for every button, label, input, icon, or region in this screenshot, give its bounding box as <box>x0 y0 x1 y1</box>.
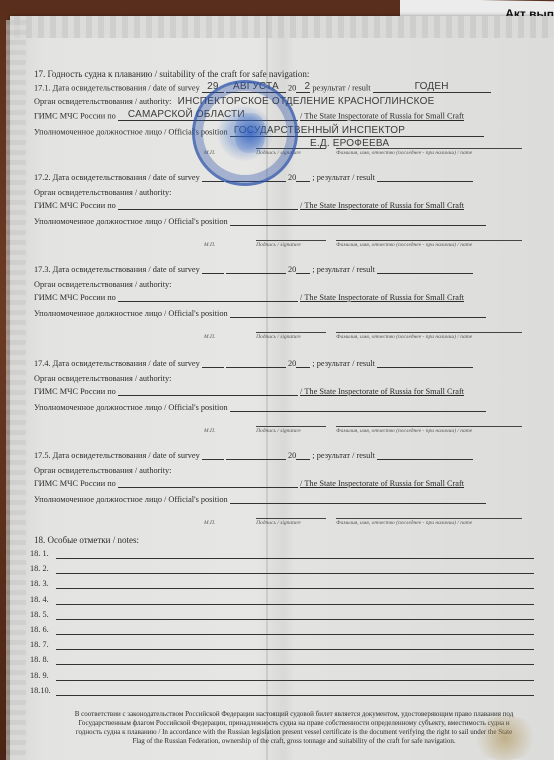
signature-row: М.П. Подпись / signature Фамилия, имя, о… <box>204 518 522 527</box>
note-line-field[interactable] <box>56 558 534 559</box>
note-line-field[interactable] <box>56 604 534 605</box>
note-number: 18. 8. <box>30 656 49 664</box>
official-seal-stamp <box>192 80 298 186</box>
result-label: ; результат / result <box>312 173 375 182</box>
gims-row: ГИМС МЧС России по / The State Inspector… <box>34 202 464 210</box>
gims-label: ГИМС МЧС России по <box>34 293 116 302</box>
signature-field[interactable]: Подпись / signature <box>256 240 326 249</box>
gims-row: ГИМС МЧС России по / The State Inspector… <box>34 388 464 396</box>
result-label: ; результат / result <box>312 451 375 460</box>
official-position-field[interactable] <box>230 503 486 504</box>
authority-row: Орган освидетельствования / authority: <box>34 281 172 289</box>
gims-label: ГИМС МЧС России по <box>34 112 116 121</box>
authority-row: Орган освидетельствования / authority: <box>34 467 172 475</box>
survey-month-field[interactable] <box>226 367 286 368</box>
survey-year-prefix: 20 <box>288 359 296 368</box>
seal-place-label: М.П. <box>204 243 254 249</box>
paper-stain <box>470 716 540 760</box>
gims-english-label: / The State Inspectorate of Russia for S… <box>300 201 464 210</box>
signature-field[interactable]: Подпись / signature <box>256 426 326 435</box>
survey-date-label: 17.3. Дата освидетельствования / date of… <box>34 265 200 274</box>
survey-year-field[interactable]: 2 <box>296 82 310 93</box>
survey-day-field[interactable] <box>202 181 224 182</box>
note-number: 18.10. <box>30 687 51 695</box>
note-line-field[interactable] <box>56 649 534 650</box>
note-number: 18. 1. <box>30 550 49 558</box>
note-line-field[interactable] <box>56 619 534 620</box>
result-field[interactable] <box>377 273 473 274</box>
gims-english-label: / The State Inspectorate of Russia for S… <box>300 112 464 121</box>
result-label: ; результат / result <box>312 265 375 274</box>
result-field[interactable] <box>377 459 473 460</box>
note-line-field[interactable] <box>56 634 534 635</box>
official-name-field[interactable]: Фамилия, имя, отчество (последнее - при … <box>336 148 522 157</box>
gims-label: ГИМС МЧС России по <box>34 201 116 210</box>
official-position-label: Уполномоченное должностное лицо / Offici… <box>34 217 228 226</box>
survey-year-field[interactable] <box>296 367 310 368</box>
seal-place-label: М.П. <box>204 521 254 527</box>
section-18-heading: 18. Особые отметки / notes: <box>34 536 139 545</box>
result-label: ; результат / result <box>312 359 375 368</box>
official-position-field[interactable] <box>230 225 486 226</box>
decorative-side-border <box>6 20 26 760</box>
decorative-border <box>14 16 554 38</box>
official-name-field[interactable]: Фамилия, имя, отчество (последнее - при … <box>336 332 522 341</box>
survey-year-field[interactable] <box>296 273 310 274</box>
authority-label: Орган освидетельствования / authority: <box>34 466 172 475</box>
signature-field[interactable]: Подпись / signature <box>256 518 326 527</box>
seal-emblem-icon <box>235 113 265 153</box>
survey-year-prefix: 20 <box>288 84 296 93</box>
survey-day-field[interactable] <box>202 273 224 274</box>
signature-row: М.П. Подпись / signature Фамилия, имя, о… <box>204 240 522 249</box>
gims-region-field[interactable] <box>118 395 298 396</box>
note-number: 18. 3. <box>30 580 49 588</box>
gims-region-field[interactable] <box>118 487 298 488</box>
survey-month-field[interactable] <box>226 459 286 460</box>
survey-date-label: 17.5. Дата освидетельствования / date of… <box>34 451 200 460</box>
survey-date-label: 17.1. Дата освидетельствования / date of… <box>34 84 200 93</box>
survey-day-field[interactable] <box>202 367 224 368</box>
official-name-field[interactable]: Фамилия, имя, отчество (последнее - при … <box>336 518 522 527</box>
note-line-field[interactable] <box>56 664 534 665</box>
survey-date-row: 17.3. Дата освидетельствования / date of… <box>34 266 473 274</box>
authority-label: Орган освидетельствования / authority: <box>34 280 172 289</box>
section-17-heading: 17. Годность судна к плаванию / suitabil… <box>34 70 309 79</box>
note-line-field[interactable] <box>56 695 534 696</box>
footer-line-1: В соответствии с законодательством Росси… <box>34 710 554 719</box>
survey-date-label: 17.4. Дата освидетельствования / date of… <box>34 359 200 368</box>
signature-field[interactable]: Подпись / signature <box>256 332 326 341</box>
gims-english-label: / The State Inspectorate of Russia for S… <box>300 387 464 396</box>
signature-row: М.П. Подпись / signature Фамилия, имя, о… <box>204 332 522 341</box>
gims-row: ГИМС МЧС России по / The State Inspector… <box>34 294 464 302</box>
result-field[interactable]: ГОДЕН <box>373 82 491 93</box>
gims-label: ГИМС МЧС России по <box>34 387 116 396</box>
seal-place-label: М.П. <box>204 335 254 341</box>
survey-date-row: 17.4. Дата освидетельствования / date of… <box>34 360 473 368</box>
authority-label: Орган освидетельствования / authority: <box>34 374 172 383</box>
survey-year-prefix: 20 <box>288 451 296 460</box>
result-field[interactable] <box>377 367 473 368</box>
official-position-field[interactable] <box>230 411 486 412</box>
survey-year-prefix: 20 <box>288 173 296 182</box>
note-number: 18. 2. <box>30 565 49 573</box>
official-position-field[interactable] <box>230 317 486 318</box>
authority-label: Орган освидетельствования / authority: <box>34 97 172 106</box>
survey-date-row: 17.5. Дата освидетельствования / date of… <box>34 452 473 460</box>
official-name-field[interactable]: Фамилия, имя, отчество (последнее - при … <box>336 240 522 249</box>
gims-english-label: / The State Inspectorate of Russia for S… <box>300 293 464 302</box>
survey-day-field[interactable] <box>202 459 224 460</box>
seal-place-label: М.П. <box>204 429 254 435</box>
note-number: 18. 9. <box>30 672 49 680</box>
gims-label: ГИМС МЧС России по <box>34 479 116 488</box>
note-line-field[interactable] <box>56 680 534 681</box>
note-number: 18. 6. <box>30 626 49 634</box>
result-label: результат / result <box>312 84 370 93</box>
note-number: 18. 4. <box>30 596 49 604</box>
survey-year-field[interactable] <box>296 459 310 460</box>
official-row: Уполномоченное должностное лицо / Offici… <box>34 218 486 226</box>
note-line-field[interactable] <box>56 588 534 589</box>
note-number: 18. 7. <box>30 641 49 649</box>
survey-date-label: 17.2. Дата освидетельствования / date of… <box>34 173 200 182</box>
official-row: Уполномоченное должностное лицо / Offici… <box>34 496 486 504</box>
note-line-field[interactable] <box>56 573 534 574</box>
survey-year-prefix: 20 <box>288 265 296 274</box>
authority-label: Орган освидетельствования / authority: <box>34 188 172 197</box>
official-name-field[interactable]: Фамилия, имя, отчество (последнее - при … <box>336 426 522 435</box>
gims-region-field[interactable] <box>118 301 298 302</box>
official-row: Уполномоченное должностное лицо / Offici… <box>34 310 486 318</box>
gims-region-field[interactable] <box>118 209 298 210</box>
official-row: Уполномоченное должностное лицо / Offici… <box>34 404 486 412</box>
official-position-label: Уполномоченное должностное лицо / Offici… <box>34 403 228 412</box>
gims-english-label: / The State Inspectorate of Russia for S… <box>300 479 464 488</box>
official-position-label: Уполномоченное должностное лицо / Offici… <box>34 495 228 504</box>
survey-month-field[interactable] <box>226 273 286 274</box>
authority-row: Орган освидетельствования / authority: <box>34 189 172 197</box>
authority-row: Орган освидетельствования / authority: <box>34 375 172 383</box>
result-field[interactable] <box>377 181 473 182</box>
note-number: 18. 5. <box>30 611 49 619</box>
survey-year-field[interactable] <box>296 181 310 182</box>
official-position-label: Уполномоченное должностное лицо / Offici… <box>34 309 228 318</box>
gims-row: ГИМС МЧС России по / The State Inspector… <box>34 480 464 488</box>
signature-row: М.П. Подпись / signature Фамилия, имя, о… <box>204 426 522 435</box>
